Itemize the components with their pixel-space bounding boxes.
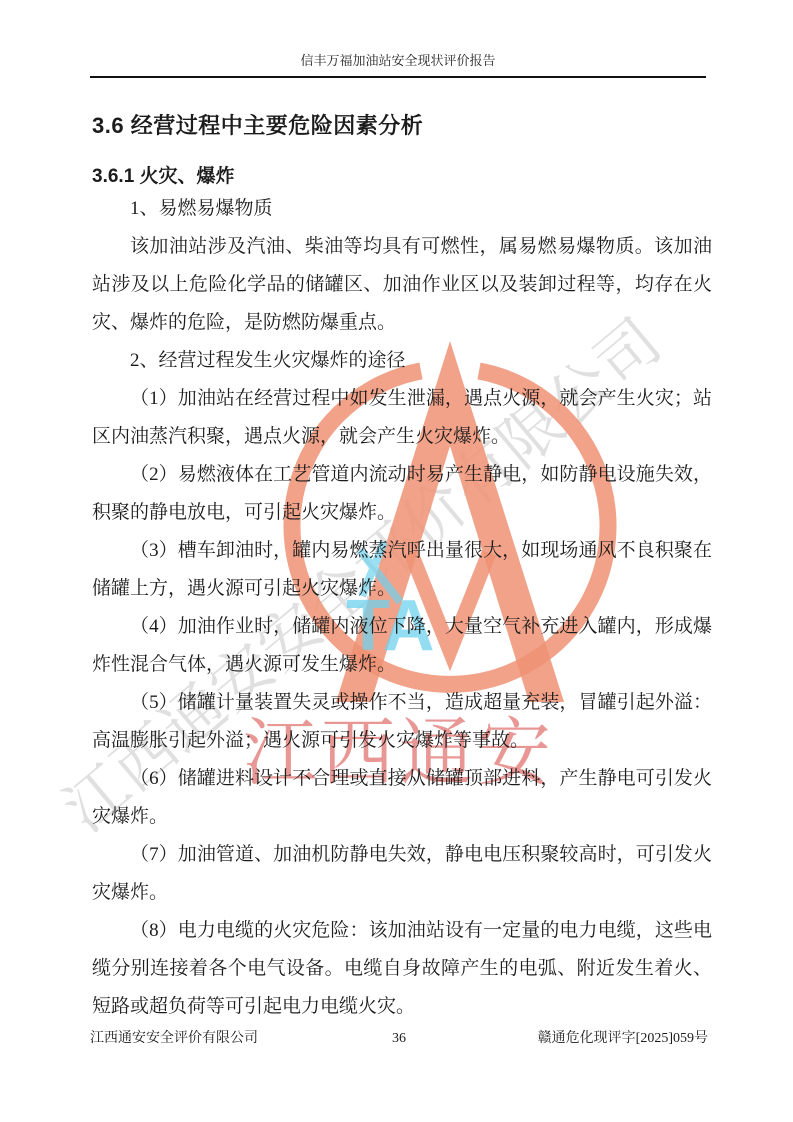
- body-paragraph: （3）槽车卸油时，罐内易燃蒸汽呼出量很大，如现场通风不良积聚在储罐上方，遇火源可…: [92, 532, 712, 608]
- body-paragraph: （1）加油站在经营过程中如发生泄漏，遇点火源，就会产生火灾；站区内油蒸汽积聚，遇…: [92, 380, 712, 456]
- body-paragraph: 1、易燃易爆物质: [92, 190, 712, 228]
- subsection-heading: 3.6.1 火灾、爆炸: [92, 164, 235, 190]
- footer-company-name: 江西通安安全评价有限公司: [90, 1030, 392, 1048]
- report-title: 信丰万福加油站安全现状评价报告: [300, 53, 495, 68]
- document-content: 信丰万福加油站安全现状评价报告 3.6 经营过程中主要危险因素分析 3.6.1 …: [0, 0, 793, 1122]
- body-paragraph: （6）储罐进料设计不合理或直接从储罐顶部进料，产生静电可引发火灾爆炸。: [92, 760, 712, 836]
- body-paragraph: （7）加油管道、加油机防静电失效，静电电压积聚较高时，可引发火灾爆炸。: [92, 836, 712, 912]
- page-header: 信丰万福加油站安全现状评价报告: [90, 52, 706, 78]
- body-paragraph: 该加油站涉及汽油、柴油等均具有可燃性，属易燃易爆物质。该加油站涉及以上危险化学品…: [92, 228, 712, 342]
- body-paragraph: （4）加油作业时，储罐内液位下降，大量空气补充进入罐内，形成爆炸性混合气体，遇火…: [92, 608, 712, 684]
- document-page: 江西通安安全评价有限公司 TA 江西通安 信丰万福加油站安全现状评价报告 3.6…: [0, 0, 793, 1122]
- body-paragraph: （2）易燃液体在工艺管道内流动时易产生静电，如防静电设施失效，积聚的静电放电，可…: [92, 456, 712, 532]
- section-heading: 3.6 经营过程中主要危险因素分析: [92, 111, 423, 141]
- body-paragraph: （5）储罐计量装置失灵或操作不当，造成超量充装，冒罐引起外溢：高温膨胀引起外溢；…: [92, 684, 712, 760]
- page-footer: 江西通安安全评价有限公司 36 赣通危化现评字[2025]059号: [90, 1030, 708, 1048]
- body-paragraph: （8）电力电缆的火灾危险：该加油站设有一定量的电力电缆，这些电缆分别连接着各个电…: [92, 912, 712, 1026]
- body-text: 1、易燃易爆物质 该加油站涉及汽油、柴油等均具有可燃性，属易燃易爆物质。该加油站…: [92, 190, 712, 1026]
- footer-page-number: 36: [392, 1030, 406, 1048]
- footer-document-number: 赣通危化现评字[2025]059号: [406, 1030, 708, 1048]
- body-paragraph: 2、经营过程发生火灾爆炸的途径: [92, 342, 712, 380]
